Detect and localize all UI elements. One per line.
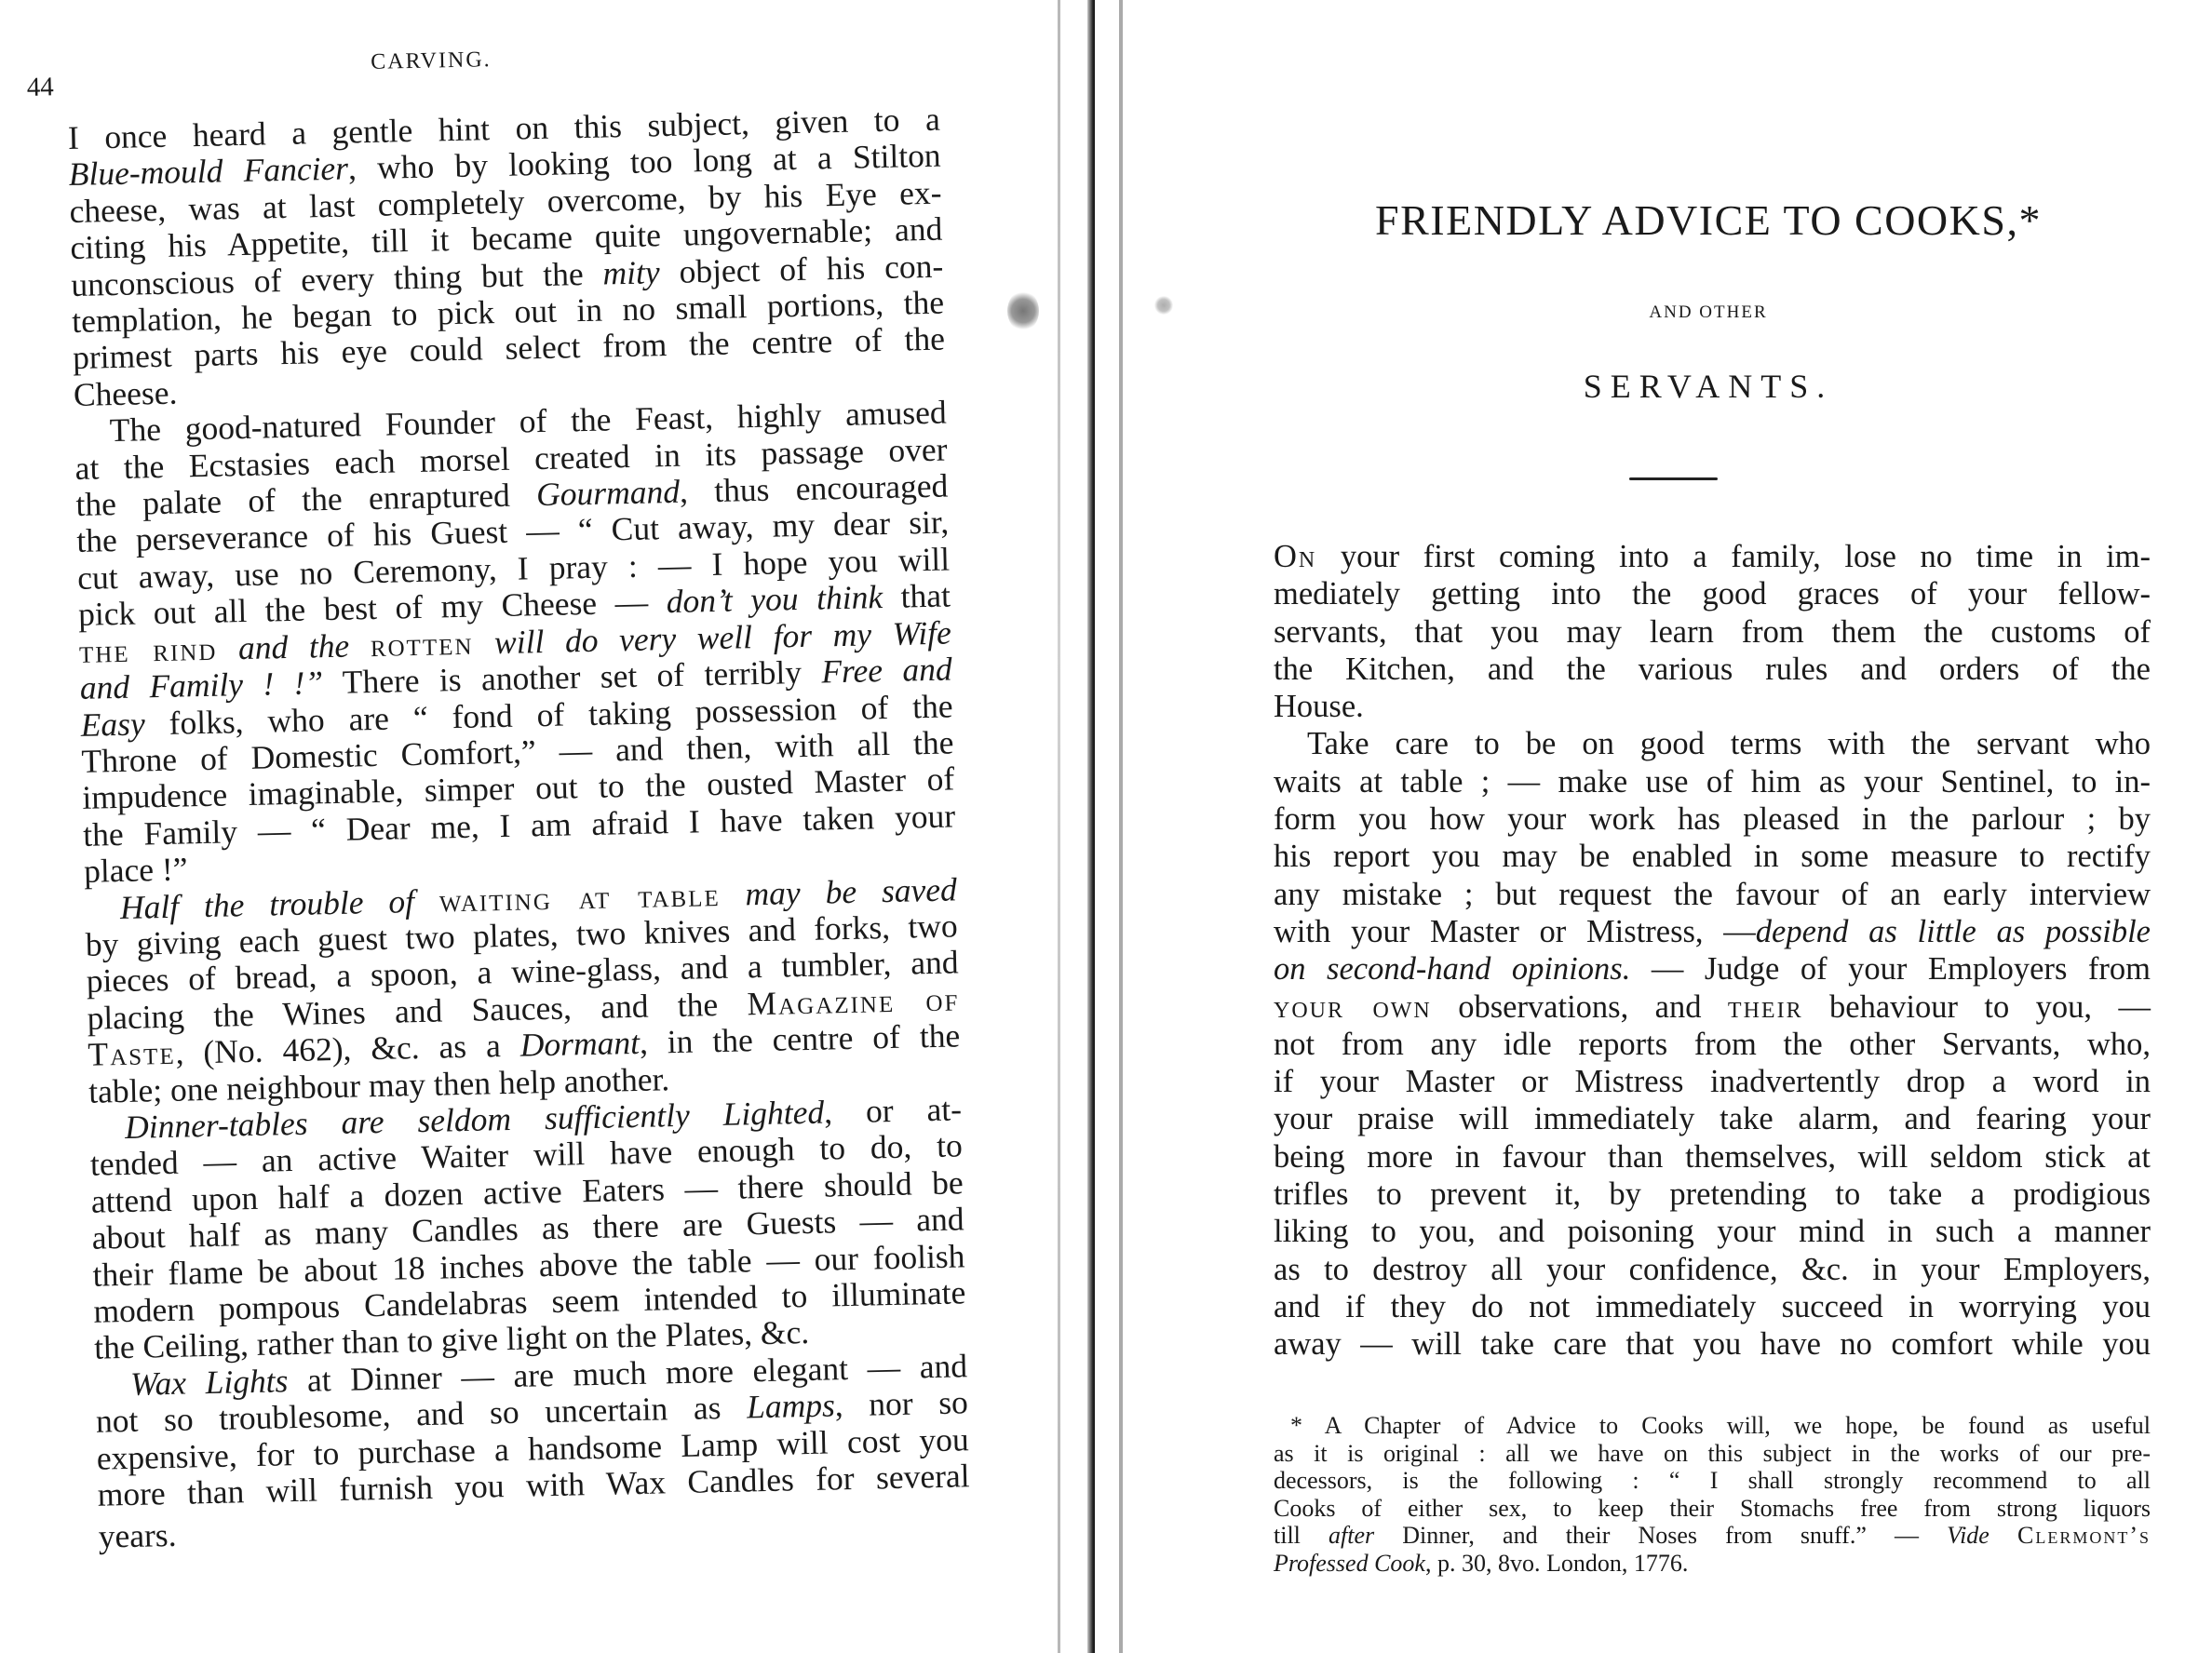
chapter-title: FRIENDLY ADVICE TO COOKS,*: [1266, 195, 2151, 245]
footnote: * A Chapter of Advice to Cooks will, we …: [1274, 1412, 2151, 1577]
ink-stain: [1007, 290, 1039, 331]
paragraph: Take care to be on good terms with the s…: [1274, 725, 2151, 1363]
chapter-subtitle: AND OTHER: [1266, 302, 2151, 323]
right-page: FRIENDLY ADVICE TO COOKS,* AND OTHER SER…: [1266, 0, 2151, 1653]
gutter-shadow-right: [1119, 0, 1123, 1653]
running-head-title: CARVING.: [371, 47, 492, 75]
decorative-rule: [1629, 477, 1718, 480]
book-spread: 44 CARVING. I once heard a gentle hint o…: [0, 0, 2212, 1653]
left-page-body: I once heard a gentle hint on this subje…: [33, 101, 971, 1557]
paragraph: Dinner-tables are seldom sufficiently Li…: [54, 1091, 967, 1367]
paragraph: Wax Lights at Dinner — are much more ele…: [60, 1348, 971, 1556]
paragraph: Half the trouble of waiting at table may…: [49, 871, 962, 1111]
gutter-shadow-left: [1058, 0, 1060, 1653]
chapter-title-servants: SERVANTS.: [1266, 367, 2151, 406]
running-head: 44 CARVING.: [26, 35, 949, 112]
paragraph: The good-natured Founder of the Feast, h…: [38, 395, 956, 891]
book-spine-gutter: [1087, 0, 1095, 1653]
paragraph: On your first coming into a family, lose…: [1274, 538, 2151, 725]
ink-stain: [1154, 296, 1173, 315]
page-number: 44: [26, 72, 54, 103]
right-page-body: On your first coming into a family, lose…: [1274, 538, 2151, 1364]
paragraph: I once heard a gentle hint on this subje…: [33, 101, 947, 414]
footnote-text: * A Chapter of Advice to Cooks will, we …: [1274, 1412, 2151, 1577]
left-page: 44 CARVING. I once heard a gentle hint o…: [26, 35, 949, 112]
